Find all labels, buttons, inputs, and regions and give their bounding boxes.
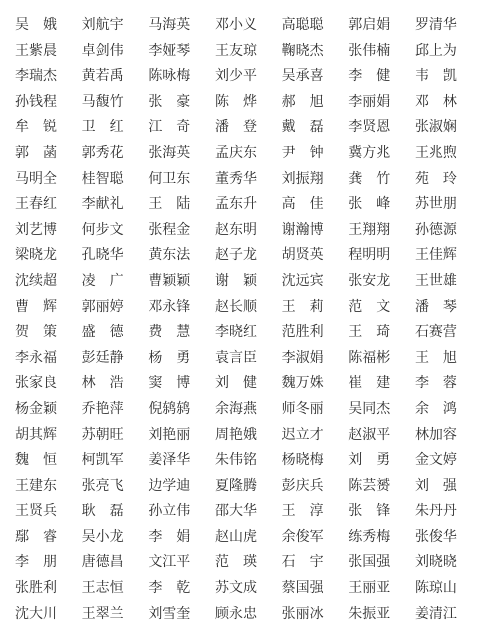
name-cell: 窦 博 [148, 371, 190, 397]
name-grid: 吴 娥刘航宇马海英邓小义高聪聪郭启娟罗清华王紫晨卓剑伟李娅琴王友琼鞠晓杰张伟楠邱… [15, 13, 457, 627]
name-cell: 倪鸫鸫 [148, 397, 190, 423]
name-cell: 郭丽婷 [82, 295, 124, 321]
name-cell: 彭庆兵 [282, 474, 324, 500]
name-cell: 孙德源 [415, 218, 457, 244]
name-cell: 石 宇 [282, 550, 324, 576]
name-cell: 戴 磊 [282, 115, 324, 141]
document-page: 吴 娥刘航宇马海英邓小义高聪聪郭启娟罗清华王紫晨卓剑伟李娅琴王友琼鞠晓杰张伟楠邱… [0, 0, 482, 632]
name-cell: 王翠兰 [82, 602, 124, 628]
name-cell: 郭秀花 [82, 141, 124, 167]
name-cell: 耿 磊 [82, 499, 124, 525]
name-cell: 刘航宇 [82, 13, 124, 39]
name-cell: 李 健 [348, 64, 390, 90]
name-cell: 王 陆 [148, 192, 190, 218]
name-cell: 张程金 [148, 218, 190, 244]
name-cell: 鄢 睿 [15, 525, 57, 551]
name-cell: 卫 红 [82, 115, 124, 141]
name-cell: 王志恒 [82, 576, 124, 602]
name-cell: 张 豪 [148, 90, 190, 116]
name-cell: 牟 锐 [15, 115, 57, 141]
name-cell: 李晓红 [215, 320, 257, 346]
name-cell: 陈芸赟 [348, 474, 390, 500]
name-cell: 龚 竹 [348, 167, 390, 193]
name-cell: 尹 钟 [282, 141, 324, 167]
name-cell: 郝 旭 [282, 90, 324, 116]
name-cell: 梁晓龙 [15, 243, 57, 269]
name-cell: 杨 勇 [148, 346, 190, 372]
name-cell: 江 奇 [148, 115, 190, 141]
name-cell: 魏万姝 [282, 371, 324, 397]
name-cell: 孟庆东 [215, 141, 257, 167]
name-cell: 贺 策 [15, 320, 57, 346]
name-cell: 李贤恩 [348, 115, 390, 141]
name-cell: 唐德昌 [82, 550, 124, 576]
name-cell: 赵子龙 [215, 243, 257, 269]
name-cell: 刘晓晓 [415, 550, 457, 576]
name-cell: 陈福彬 [348, 346, 390, 372]
name-cell: 吴 娥 [15, 13, 57, 39]
name-cell: 王翔翔 [348, 218, 390, 244]
name-cell: 师冬丽 [282, 397, 324, 423]
name-cell: 张胜利 [15, 576, 57, 602]
name-cell: 李 朋 [15, 550, 57, 576]
name-cell: 孙立伟 [148, 499, 190, 525]
name-cell: 乔艳萍 [82, 397, 124, 423]
name-cell: 卓剑伟 [82, 39, 124, 65]
name-cell: 黄若禹 [82, 64, 124, 90]
name-cell: 李丽娟 [348, 90, 390, 116]
name-cell: 金文婷 [415, 448, 457, 474]
name-cell: 李 乾 [148, 576, 190, 602]
name-cell: 鞠晓杰 [282, 39, 324, 65]
name-cell: 余俊军 [282, 525, 324, 551]
name-cell: 练秀梅 [348, 525, 390, 551]
name-cell: 朱丹丹 [415, 499, 457, 525]
name-cell: 余 鸿 [415, 397, 457, 423]
name-cell: 王世雄 [415, 269, 457, 295]
name-cell: 范 文 [348, 295, 390, 321]
name-cell: 张海英 [148, 141, 190, 167]
name-cell: 杨晓梅 [282, 448, 324, 474]
name-cell: 朱振亚 [348, 602, 390, 628]
name-cell: 赵东明 [215, 218, 257, 244]
name-cell: 马海英 [148, 13, 190, 39]
name-cell: 苏世朋 [415, 192, 457, 218]
name-cell: 谢 颖 [215, 269, 257, 295]
name-cell: 高聪聪 [282, 13, 324, 39]
name-cell: 郭启娟 [348, 13, 390, 39]
name-cell: 胡其辉 [15, 423, 57, 449]
name-cell: 孟东升 [215, 192, 257, 218]
name-cell: 王春红 [15, 192, 57, 218]
name-cell: 李 娟 [148, 525, 190, 551]
name-cell: 柯凯军 [82, 448, 124, 474]
name-cell: 王紫晨 [15, 39, 57, 65]
name-cell: 姜泽华 [148, 448, 190, 474]
name-cell: 马馥竹 [82, 90, 124, 116]
name-cell: 刘 强 [415, 474, 457, 500]
name-cell: 罗清华 [415, 13, 457, 39]
name-cell: 李娅琴 [148, 39, 190, 65]
name-cell: 李瑞杰 [15, 64, 57, 90]
name-cell: 王建东 [15, 474, 57, 500]
name-cell: 陈咏梅 [148, 64, 190, 90]
name-cell: 文江平 [148, 550, 190, 576]
name-cell: 胡贤英 [282, 243, 324, 269]
name-cell: 蔡国强 [282, 576, 324, 602]
name-cell: 王 旭 [415, 346, 457, 372]
name-cell: 姜清江 [415, 602, 457, 628]
name-cell: 冀方兆 [348, 141, 390, 167]
name-cell: 谢瀚博 [282, 218, 324, 244]
name-cell: 魏 恒 [15, 448, 57, 474]
name-cell: 赵山虎 [215, 525, 257, 551]
name-cell: 邓小义 [215, 13, 257, 39]
name-cell: 沈大川 [15, 602, 57, 628]
name-cell: 刘少平 [215, 64, 257, 90]
name-cell: 崔 建 [348, 371, 390, 397]
name-cell: 邱上为 [415, 39, 457, 65]
name-cell: 孙钱程 [15, 90, 57, 116]
name-cell: 苑 玲 [415, 167, 457, 193]
name-cell: 林 浩 [82, 371, 124, 397]
name-cell: 高 佳 [282, 192, 324, 218]
name-cell: 袁言臣 [215, 346, 257, 372]
name-cell: 王 琦 [348, 320, 390, 346]
name-cell: 刘艳丽 [148, 423, 190, 449]
name-cell: 顾永忠 [215, 602, 257, 628]
name-cell: 吴小龙 [82, 525, 124, 551]
name-cell: 刘艺博 [15, 218, 57, 244]
name-cell: 凌 广 [82, 269, 124, 295]
name-cell: 程明明 [348, 243, 390, 269]
name-cell: 刘 勇 [348, 448, 390, 474]
name-cell: 张 锋 [348, 499, 390, 525]
name-cell: 刘振翔 [282, 167, 324, 193]
name-cell: 曹 辉 [15, 295, 57, 321]
name-cell: 王兆煦 [415, 141, 457, 167]
name-cell: 沈续超 [15, 269, 57, 295]
name-cell: 邓永锋 [148, 295, 190, 321]
name-cell: 王友琼 [215, 39, 257, 65]
name-cell: 余海燕 [215, 397, 257, 423]
name-cell: 张家良 [15, 371, 57, 397]
name-cell: 马明全 [15, 167, 57, 193]
name-cell: 李 蓉 [415, 371, 457, 397]
name-cell: 张亮飞 [82, 474, 124, 500]
name-cell: 朱伟铭 [215, 448, 257, 474]
name-cell: 张俊华 [415, 525, 457, 551]
name-cell: 夏隆腾 [215, 474, 257, 500]
name-cell: 赵长顺 [215, 295, 257, 321]
name-cell: 赵淑平 [348, 423, 390, 449]
name-cell: 杨金颖 [15, 397, 57, 423]
name-cell: 陈 烨 [215, 90, 257, 116]
name-cell: 吴同杰 [348, 397, 390, 423]
name-cell: 郭 菡 [15, 141, 57, 167]
name-cell: 刘 健 [215, 371, 257, 397]
name-cell: 刘雪奎 [148, 602, 190, 628]
name-cell: 吴承喜 [282, 64, 324, 90]
name-cell: 林加容 [415, 423, 457, 449]
name-cell: 王佳辉 [415, 243, 457, 269]
name-cell: 盛 德 [82, 320, 124, 346]
name-cell: 张安龙 [348, 269, 390, 295]
name-cell: 张国强 [348, 550, 390, 576]
name-cell: 石赛营 [415, 320, 457, 346]
name-cell: 邵大华 [215, 499, 257, 525]
name-cell: 范 瑛 [215, 550, 257, 576]
name-cell: 沈远宾 [282, 269, 324, 295]
name-cell: 张 峰 [348, 192, 390, 218]
name-cell: 潘 登 [215, 115, 257, 141]
name-cell: 何卫东 [148, 167, 190, 193]
name-cell: 王贤兵 [15, 499, 57, 525]
name-cell: 李淑娟 [282, 346, 324, 372]
name-cell: 边学迪 [148, 474, 190, 500]
name-cell: 孔晓华 [82, 243, 124, 269]
name-cell: 桂智聪 [82, 167, 124, 193]
name-cell: 李献礼 [82, 192, 124, 218]
name-cell: 张丽冰 [282, 602, 324, 628]
name-cell: 范胜利 [282, 320, 324, 346]
name-cell: 苏朝旺 [82, 423, 124, 449]
name-cell: 李永福 [15, 346, 57, 372]
name-cell: 韦 凯 [415, 64, 457, 90]
name-cell: 苏文成 [215, 576, 257, 602]
name-cell: 董秀华 [215, 167, 257, 193]
name-cell: 迟立才 [282, 423, 324, 449]
name-cell: 黄东法 [148, 243, 190, 269]
name-cell: 张淑娴 [415, 115, 457, 141]
name-cell: 潘 琴 [415, 295, 457, 321]
name-cell: 曹颖颖 [148, 269, 190, 295]
name-cell: 陈琼山 [415, 576, 457, 602]
name-cell: 王 淳 [282, 499, 324, 525]
name-cell: 王 莉 [282, 295, 324, 321]
name-cell: 彭廷静 [82, 346, 124, 372]
name-cell: 周艳娥 [215, 423, 257, 449]
name-cell: 何步文 [82, 218, 124, 244]
name-cell: 王丽亚 [348, 576, 390, 602]
name-cell: 张伟楠 [348, 39, 390, 65]
name-cell: 费 慧 [148, 320, 190, 346]
name-cell: 邓 林 [415, 90, 457, 116]
